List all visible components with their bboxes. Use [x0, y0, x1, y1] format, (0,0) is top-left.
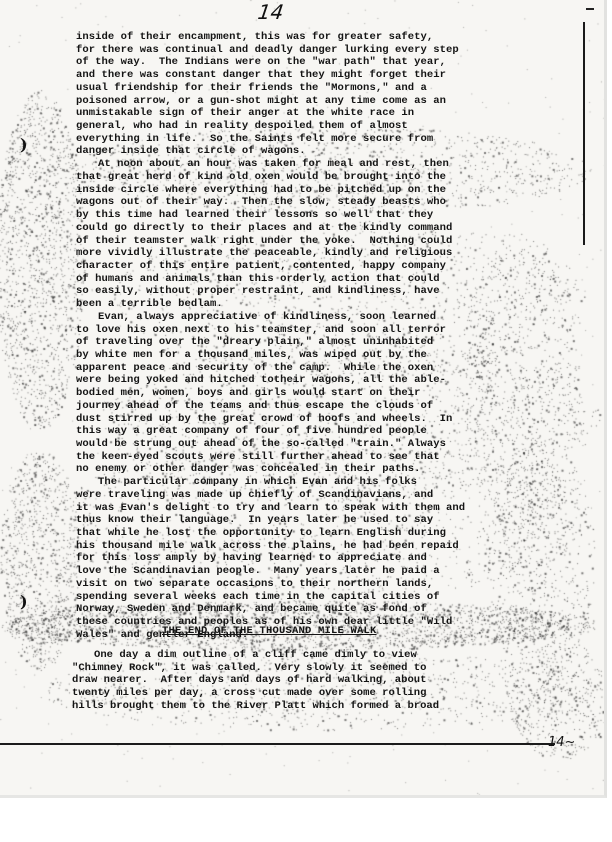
handwritten-page-number-top: 14	[256, 0, 285, 24]
bottom-rule	[0, 743, 555, 745]
text-line: character of this entire patient, conten…	[76, 260, 576, 273]
text-line: inside circle where everything had to be…	[76, 184, 576, 197]
text-line: everything in life. So the Saints felt m…	[76, 133, 576, 146]
text-line: Evan, always appreciative of kindliness,…	[76, 311, 576, 324]
text-line: At noon about an hour was taken for meal…	[76, 158, 576, 171]
text-line: spending several weeks each time in the …	[76, 591, 576, 604]
text-line: unmistakable sign of their anger at the …	[76, 107, 576, 120]
closing-text: One day a dim outline of a cliff came di…	[72, 649, 572, 713]
text-line: so easily, without proper restraint, and…	[76, 285, 576, 298]
text-line: to love his oxen next to his teamster, a…	[76, 324, 576, 337]
text-line: of humans and animals than this orderly …	[76, 273, 576, 286]
margin-mark-lower: )	[20, 592, 28, 611]
handwritten-page-number-bottom: 14~	[548, 735, 575, 750]
text-line: poisoned arrow, or a gun-shot might at a…	[76, 95, 576, 108]
text-line: for this loss amply by having learned to…	[76, 552, 576, 565]
text-line: thus know their language. In years later…	[76, 514, 576, 527]
text-line: Norway, Sweden and Denmark, and became q…	[76, 603, 576, 616]
text-line: and there was constant danger that they …	[76, 69, 576, 82]
text-line: journey ahead of the teams and thus esca…	[76, 400, 576, 413]
text-line: been a terrible bedlam.	[76, 298, 576, 311]
text-line: for there was continual and deadly dange…	[76, 44, 576, 57]
text-line: his thousand mile walk across the plains…	[76, 540, 576, 553]
text-line: The particular company in which Evan and…	[76, 476, 576, 489]
text-line: were being yoked and hitched totheir wag…	[76, 374, 576, 387]
corner-mark	[586, 8, 594, 10]
text-line: twenty miles per day, a cross cut made o…	[72, 687, 572, 700]
text-line: "Chimney Rock", it was called. Very slow…	[72, 662, 572, 675]
document-page: 14 ) ) inside of their encampment, this …	[0, 0, 607, 798]
text-line: apparent peace and security of the camp.…	[76, 362, 576, 375]
body-text: inside of their encampment, this was for…	[76, 31, 576, 642]
text-line: of their teamster walk right under the y…	[76, 235, 576, 248]
text-line: that while he lost the opportunity to le…	[76, 527, 576, 540]
text-line: usual friendship for their friends the "…	[76, 82, 576, 95]
text-line: by white men for a thousand miles, was w…	[76, 349, 576, 362]
text-line: hills brought them to the River Platt wh…	[72, 700, 572, 713]
text-line: that great herd of kind old oxen would b…	[76, 171, 576, 184]
text-line: no enemy or other danger was concealed i…	[76, 463, 576, 476]
text-line: general, who had in reality despoiled th…	[76, 120, 576, 133]
text-line: bodied men, women, boys and girls would …	[76, 387, 576, 400]
text-line: love the Scandinavian people. Many years…	[76, 565, 576, 578]
text-line: One day a dim outline of a cliff came di…	[72, 649, 572, 662]
text-line: inside of their encampment, this was for…	[76, 31, 576, 44]
margin-vertical-line	[583, 22, 585, 245]
text-line: danger inside that circle of wagons.	[76, 145, 576, 158]
text-line: dust stirred up by the great crowd of ho…	[76, 413, 576, 426]
text-line: draw nearer. After days and days of hard…	[72, 674, 572, 687]
text-line: visit on two separate occasions to their…	[76, 578, 576, 591]
section-heading: THE END OF THE THOUSAND MILE WALK	[162, 625, 377, 637]
text-line: were traveling was made up chiefly of Sc…	[76, 489, 576, 502]
text-line: it was Evan's delight to try and learn t…	[76, 502, 576, 515]
text-line: of the way. The Indians were on the "war…	[76, 56, 576, 69]
text-line: could go directly to their places and at…	[76, 222, 576, 235]
text-line: more vividly illustrate the peaceable, k…	[76, 247, 576, 260]
text-line: by this time had learned their lessons s…	[76, 209, 576, 222]
text-line: of traveling over the "dreary plain," al…	[76, 336, 576, 349]
text-line: would be strung out ahead of the so-call…	[76, 438, 576, 451]
margin-mark-upper: )	[20, 135, 28, 154]
text-line: the keen-eyed scouts were still further …	[76, 451, 576, 464]
text-line: this way a great company of four of five…	[76, 425, 576, 438]
text-line: wagons out of their way. Then the slow, …	[76, 196, 576, 209]
